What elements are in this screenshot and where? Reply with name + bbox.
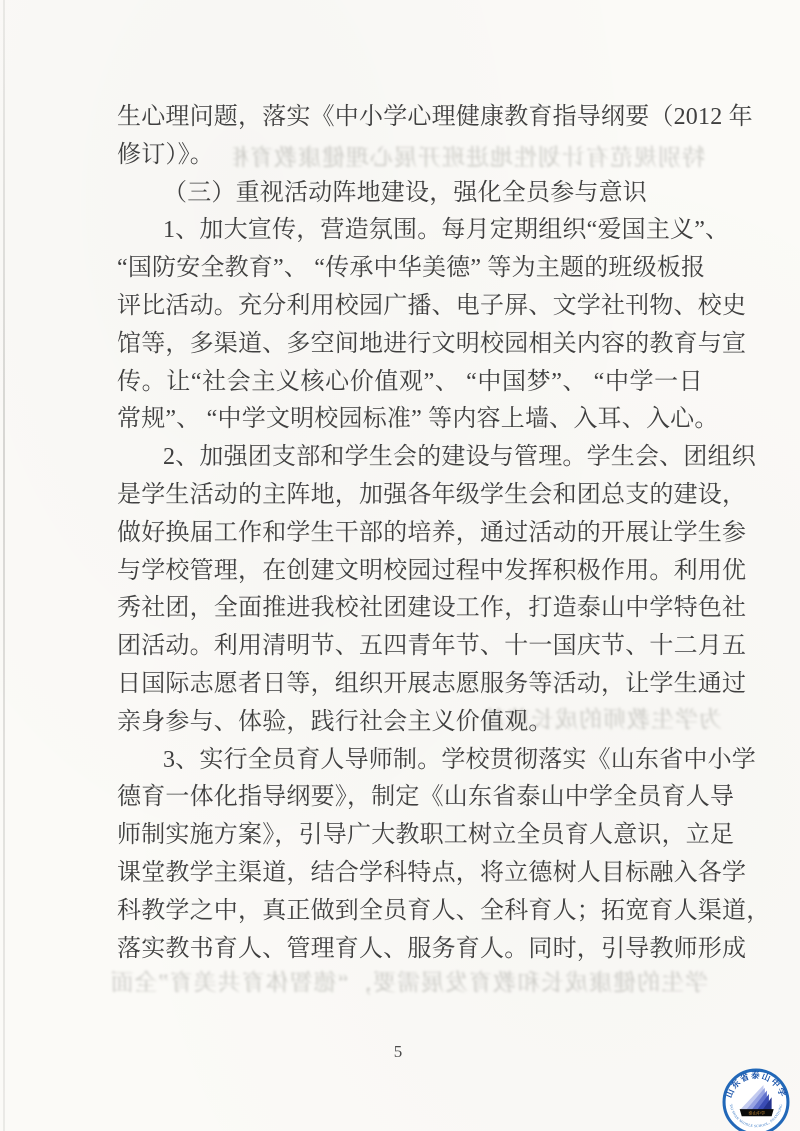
text-line: （三）重视活动阵地建设，强化全员参与意识 [117, 175, 703, 213]
school-seal-logo: 山东省泰山中学 TAI SHAN MIDDLE SCHOOL, SHANDONG… [722, 1068, 790, 1131]
text-line: 师制实施方案》，引导广大教职工树立全员育人意识，立足 [117, 817, 703, 855]
text-line: 落实教书育人、管理育人、服务育人。同时，引导教师形成 [117, 931, 703, 969]
text-line: 常规”、 “中学文明校园标准” 等内容上墙、入耳、入心。 [117, 401, 703, 439]
text-line: 传。让“社会主义核心价值观”、 “中国梦”、 “中学一日 [117, 364, 703, 402]
bleedthrough-text: 学生的健康成长和教育发展需要，“德智体育共美育”全面 [96, 964, 708, 997]
text-line: 科教学之中，真正做到全员育人、全科育人；拓宽育人渠道， [117, 893, 703, 931]
document-body: 生心理问题，落实《中小学心理健康教育指导纲要（2012 年修订）》。（三）重视活… [117, 99, 703, 968]
text-line: 日国际志愿者日等，组织开展志愿服务等活动，让学生通过 [117, 666, 703, 704]
text-line: 评比活动。充分利用校园广播、电子屏、文学社刊物、校史 [117, 288, 703, 326]
text-line: 1、加大宣传，营造氛围。每月定期组织“爱国主义”、 [117, 212, 703, 250]
page-number: 5 [0, 1042, 796, 1062]
scan-edge-artifact [3, 0, 5, 1131]
text-line: 课堂教学主渠道，结合学科特点，将立德树人目标融入各学 [117, 855, 703, 893]
text-line: 团活动。利用清明节、五四青年节、十一国庆节、十二月五 [117, 628, 703, 666]
seal-banner-text: 泰山中学 [748, 1110, 766, 1117]
text-line: 馆等，多渠道、多空间地进行文明校园相关内容的教育与宣 [117, 326, 703, 364]
text-line: 与学校管理，在创建文明校园过程中发挥积极作用。利用优 [117, 553, 703, 591]
text-line: 做好换届工作和学生干部的培养，通过活动的开展让学生参 [117, 515, 703, 553]
text-line: 3、实行全员育人导师制。学校贯彻落实《山东省中小学 [117, 742, 703, 780]
text-line: 亲身参与、体验，践行社会主义价值观。 [117, 704, 703, 742]
text-line: 修订）》。 [117, 137, 703, 175]
text-line: 是学生活动的主阵地，加强各年级学生会和团总支的建设， [117, 477, 703, 515]
text-line: 德育一体化指导纲要》，制定《山东省泰山中学全员育人导 [117, 779, 703, 817]
scanned-document-page: 特别规范有计划性地进班开展心理健康教育相辅 为学生教师的成长奠基 学生的健康成长… [0, 0, 800, 1131]
text-line: 秀社团，全面推进我校社团建设工作，打造泰山中学特色社 [117, 590, 703, 628]
text-line: 2、加强团支部和学生会的建设与管理。学生会、团组织 [117, 439, 703, 477]
text-line: 生心理问题，落实《中小学心理健康教育指导纲要（2012 年 [117, 99, 703, 137]
text-line: “国防安全教育”、 “传承中华美德” 等为主题的班级板报 [117, 250, 703, 288]
